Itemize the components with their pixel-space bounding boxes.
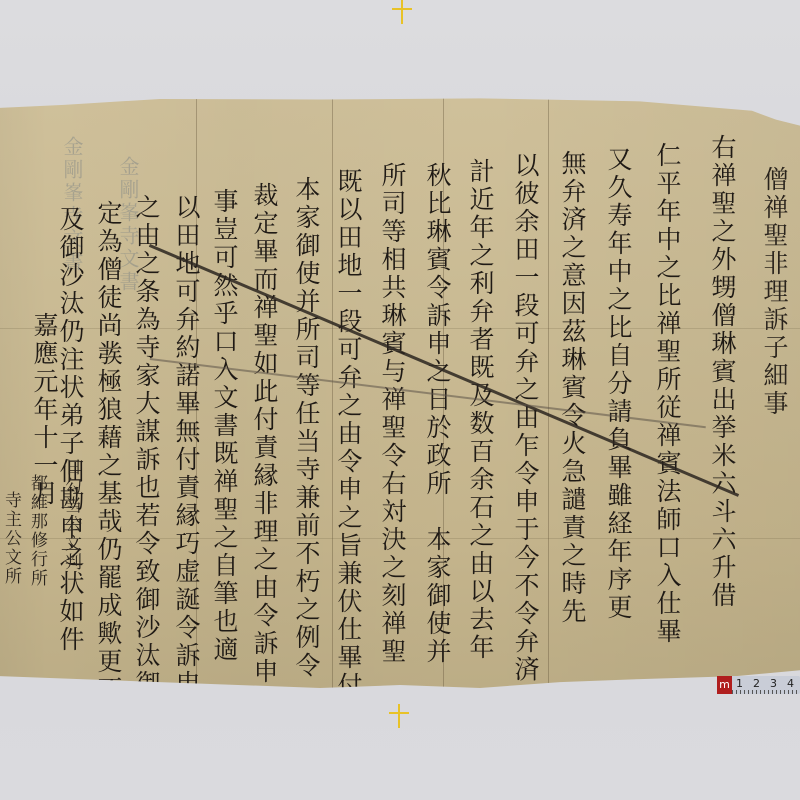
signature-line: 都維那修行所 xyxy=(28,474,45,588)
scale-number: 4 xyxy=(787,677,794,690)
text-column: 定為僧徒尚彂極狼藉之基哉仍罷成歟更不可 xyxy=(96,200,121,732)
text-column: 所司等相共琳賓与禅聖令右対決之刻禅聖 xyxy=(380,162,405,666)
text-column: 以田地可弁約諾畢無付責縁巧虚誕令訴申非理 xyxy=(174,194,199,754)
text-column: 仁平年中之比禅聖所従禅賓法師口入仕畢 xyxy=(655,142,680,646)
text-column: 之由之条為寺家大謀訴也若令致御沙汰御者 xyxy=(134,194,159,726)
text-column: 及御沙汰仍注状弟子佃勘申之状如件 xyxy=(58,206,83,654)
text-column: 以彼余田一段可弁之由乍令申于今不令弁済 xyxy=(513,152,538,684)
text-column: 事豈可然乎口入文書既禅聖之自筆也適 xyxy=(212,188,237,664)
text-column: 本家御使并所司等任当寺兼前不朽之例令 xyxy=(294,176,319,680)
signature-line: 日勾当公文判 xyxy=(62,458,79,572)
text-column: 右禅聖之外甥僧琳賓出挙米六斗六升借 xyxy=(710,134,735,610)
scale-number: 3 xyxy=(770,677,777,690)
text-column: 又久寿年中之比自分請負畢雖経年序更 xyxy=(606,146,631,622)
measurement-scale-bar: m 1 2 3 4 xyxy=(717,676,800,694)
text-column: 計近年之利弁者既及数百余石之由以去年 xyxy=(468,158,493,662)
scale-number: 1 xyxy=(736,677,743,690)
registration-crosshair-icon xyxy=(392,0,412,24)
text-column: 既以田地一段可弁之由令申之旨兼伏仕畢付之 xyxy=(336,168,361,728)
text-column: 裁定畢而禅聖如此付責縁非理之由令訴申 xyxy=(252,182,277,686)
scale-ticks xyxy=(732,690,800,694)
registration-crosshair-icon xyxy=(389,704,409,728)
text-column: 無弁済之意因茲琳賓令火急譴責之時先 xyxy=(560,150,585,626)
manuscript-paper: 金剛峯寺文書 金剛峯寺文書 僧禅聖非理訴子細事 右禅聖之外甥僧琳賓出挙米六斗六升… xyxy=(0,96,800,688)
text-column: 秋比琳賓令訴申之日於政所 本家御使并 xyxy=(425,162,450,666)
paper-seam xyxy=(332,96,333,688)
scale-number: 2 xyxy=(753,677,760,690)
signature-line: 寺主公文所 xyxy=(2,491,19,586)
document-title: 僧禅聖非理訴子細事 xyxy=(762,166,787,418)
paper-seam xyxy=(548,96,549,688)
scale-marker: m xyxy=(717,676,732,694)
